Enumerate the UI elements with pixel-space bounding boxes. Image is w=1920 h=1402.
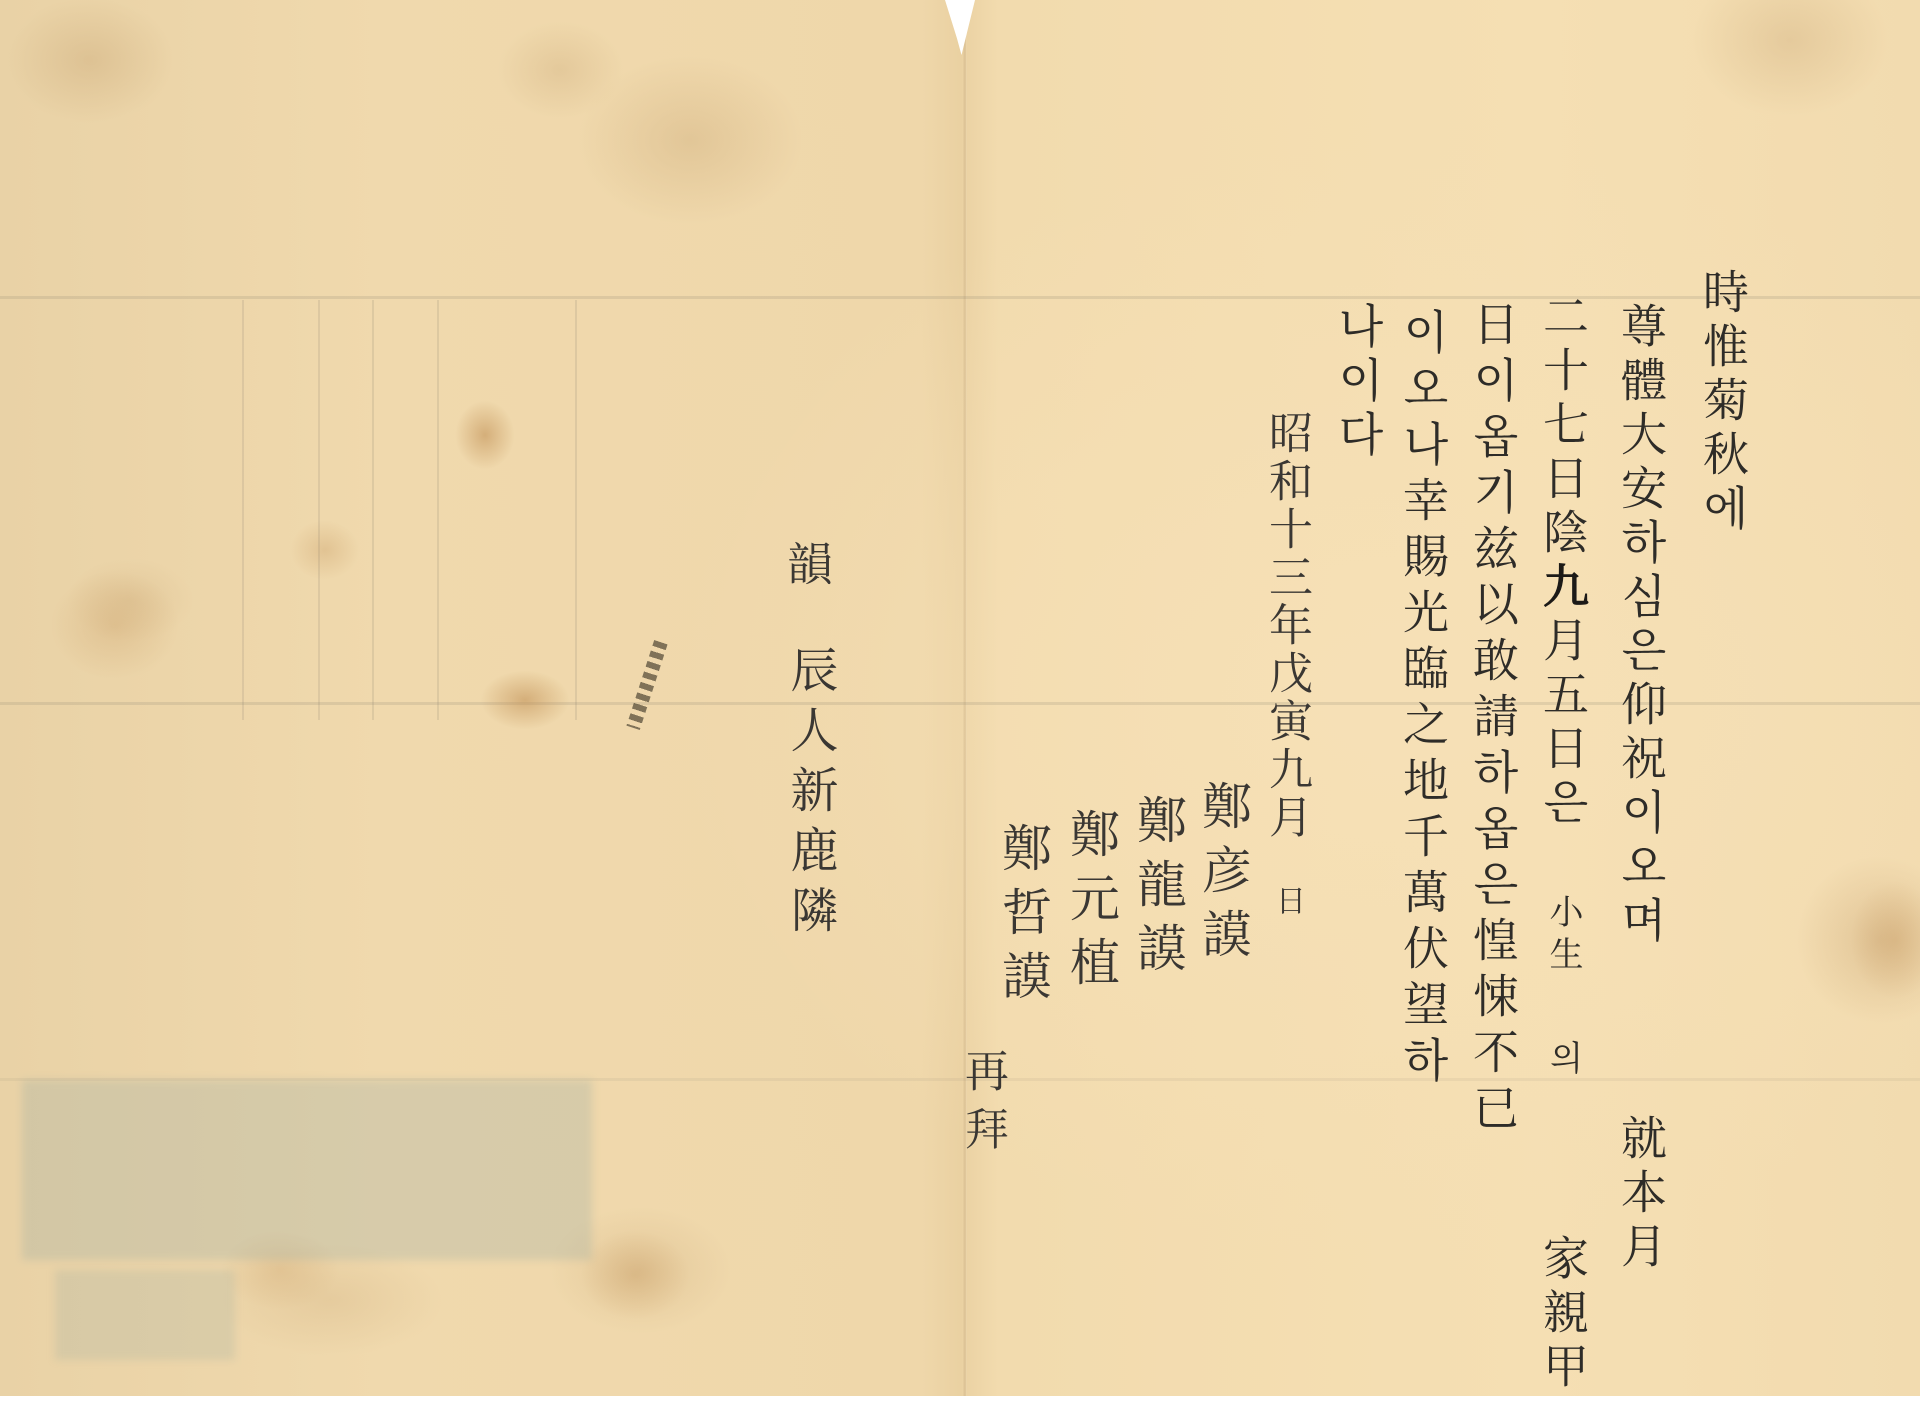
bleed-through-line xyxy=(318,300,320,720)
recipient-honorific: 韻 xyxy=(784,540,830,594)
stain-mark xyxy=(455,400,515,470)
humble-self-reference: 小生 xyxy=(1543,894,1583,978)
body-line-4: 日이옵기兹以敢請하옵은惶悚不已 xyxy=(1470,300,1516,1140)
date-day: 日 xyxy=(1272,885,1302,923)
body-line-5: 이오나幸賜光臨之地千萬伏望하 xyxy=(1400,308,1446,1092)
body-line-3-text4: 家親甲 xyxy=(1536,1234,1590,1396)
signatory-name: 鄭元植 xyxy=(1062,808,1120,1000)
signatory-name: 鄭哲謨 xyxy=(994,822,1052,1014)
date-line: 昭和十三年戊寅九月 xyxy=(1264,410,1308,842)
body-line-1: 時惟菊秋에 xyxy=(1700,268,1746,538)
center-fold xyxy=(963,0,967,1396)
upper-fold xyxy=(0,296,1920,299)
signatory-1: 鄭彦謨 xyxy=(1198,780,1248,972)
recipient-name-text: 辰人新鹿隣 xyxy=(782,645,838,945)
stain-mark xyxy=(580,1230,690,1320)
lunar-month-numeral: 九 xyxy=(1536,562,1590,616)
signatory-2: 鄭龍謨 xyxy=(1133,794,1183,986)
body-line-5-text: 이오나幸賜光臨之地千萬伏望하 xyxy=(1396,308,1450,1092)
body-line-3-text: 二十七日陰 xyxy=(1536,292,1590,562)
body-line-1-text: 時惟菊秋에 xyxy=(1696,268,1750,538)
closing-text: 再拜 xyxy=(957,1048,1008,1164)
signatory-3: 鄭元植 xyxy=(1066,808,1116,1000)
recipient-name: 辰人新鹿隣 xyxy=(786,645,834,945)
signatory-name: 鄭龍謨 xyxy=(1129,794,1187,986)
bleed-through-line xyxy=(372,300,374,720)
body-line-6-text: 나이다 xyxy=(1331,302,1385,464)
body-line-2: 尊體大安하심은仰祝이오며 就本月 xyxy=(1618,302,1664,1276)
bleed-through-line xyxy=(437,300,439,720)
date-day-label: 日 xyxy=(1270,885,1305,923)
possessive-particle: 의 xyxy=(1543,1040,1583,1082)
stain-mark xyxy=(50,570,180,680)
closing-salutation: 再拜 xyxy=(960,1048,1004,1164)
signatory-name: 鄭彦謨 xyxy=(1194,780,1252,972)
bleed-through-line xyxy=(575,300,577,720)
faded-blue-stain xyxy=(55,1270,235,1360)
body-line-6: 나이다 xyxy=(1335,302,1381,464)
body-line-2-suffix: 就本月 xyxy=(1614,1114,1668,1276)
stain-mark xyxy=(480,670,570,730)
date-text: 昭和十三年戊寅九月 xyxy=(1261,410,1312,842)
stain-mark xyxy=(290,520,360,580)
body-line-2-text: 尊體大安하심은仰祝이오며 xyxy=(1614,302,1668,950)
recipient-honorific-text: 韻 xyxy=(780,540,834,594)
faded-blue-stain xyxy=(22,1080,592,1260)
body-line-4-text: 日이옵기兹以敢請하옵은惶悚不已 xyxy=(1466,300,1520,1140)
body-line-3-text2: 月五日은 xyxy=(1536,616,1590,832)
bleed-through-line xyxy=(242,300,244,720)
body-line-3: 二十七日陰九月五日은 小生 의 家親甲 xyxy=(1540,292,1586,1396)
signatory-4: 鄭哲謨 xyxy=(998,822,1048,1014)
